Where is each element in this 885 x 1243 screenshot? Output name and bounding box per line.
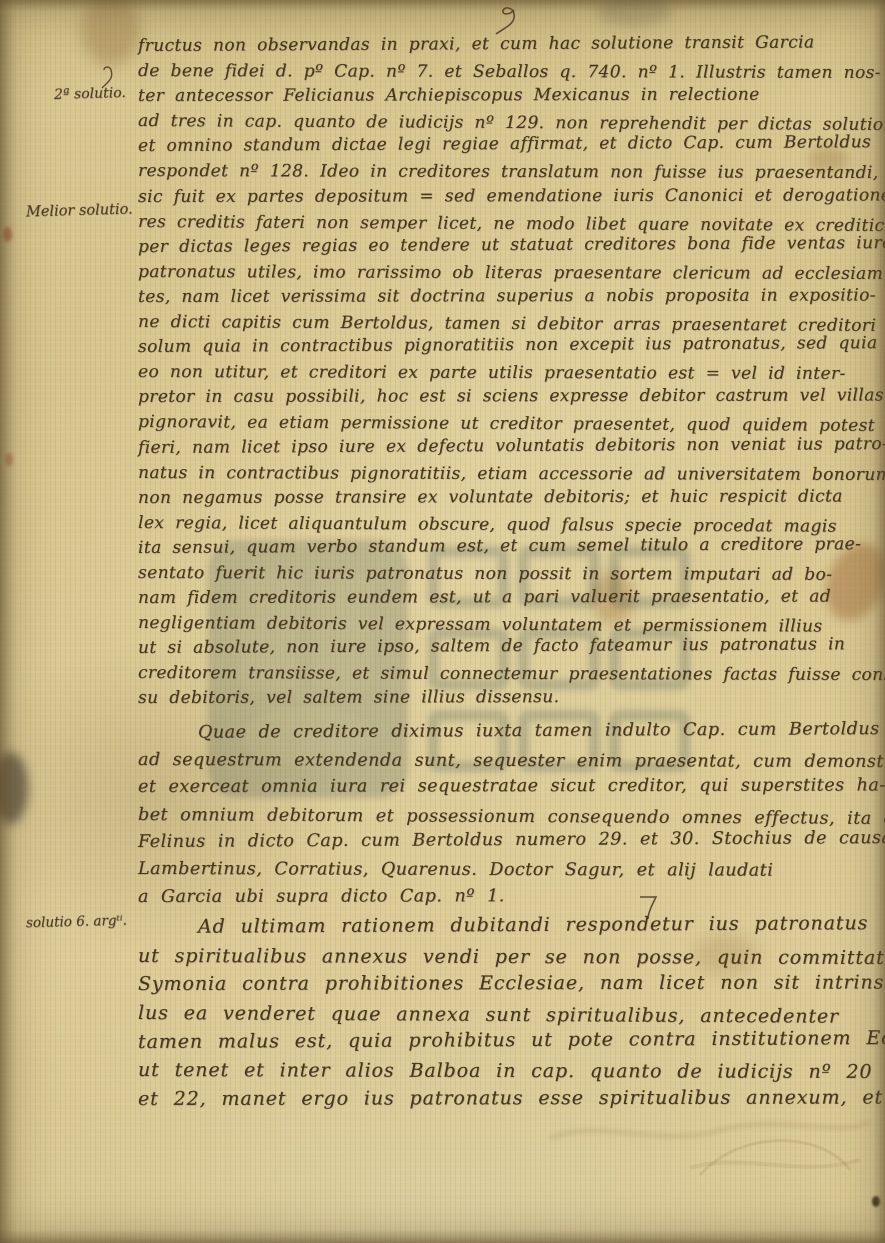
manuscript-line: per dictas leges regias eo tendere ut st… <box>138 231 880 260</box>
manuscript-line: natus in contractibus pignoratitiis, eti… <box>138 461 880 488</box>
margin-note-secunda-solutio: 2ª solutio. <box>54 85 126 103</box>
manuscript-line: et omnino standum dictae legi regiae aff… <box>138 130 880 159</box>
bleedthrough-arc <box>690 1125 860 1185</box>
manuscript-line: su debitoris, vel saltem sine illius dis… <box>138 685 880 712</box>
manuscript-line: Symonia contra prohibitiones Ecclesiae, … <box>138 969 880 999</box>
paragraph-2: Quae de creditore diximus iuxta tamen in… <box>138 720 880 912</box>
manuscript-line: Lambertinus, Corratius, Quarenus. Doctor… <box>138 856 880 885</box>
manuscript-line: et exerceat omnia iura rei sequestratae … <box>138 773 880 802</box>
manuscript-line: sic fuit ex partes depositum = sed emend… <box>138 183 880 210</box>
paragraph-1: fructus non observandas in praxi, et cum… <box>138 34 880 712</box>
manuscript-page: 2ª solutio. Melior solutio. solutio 6. a… <box>0 0 885 1243</box>
stain-top-left <box>82 0 140 66</box>
manuscript-line: Quae de creditore diximus iuxta tamen in… <box>138 716 880 747</box>
manuscript-line: a Garcia ubi supra dicto Cap. nº 1. <box>138 882 880 911</box>
manuscript-line: solum quia in contractibus pignoratitiis… <box>138 331 880 360</box>
manuscript-line: ut tenet et inter alios Balboa in cap. q… <box>138 1056 880 1087</box>
manuscript-line: ita sensui, quam verbo standum est, et c… <box>138 532 880 561</box>
manuscript-text: fructus non observandas in praxi, et cum… <box>138 34 880 1113</box>
manuscript-line: fieri, nam licet ipso iure ex defectu vo… <box>138 432 880 461</box>
manuscript-line: non negamus posse transire ex voluntate … <box>138 484 880 511</box>
manuscript-line: tamen malus est, quia prohibitus ut pote… <box>138 1024 880 1056</box>
paragraph-3: Ad ultimam rationem dubitandi respondetu… <box>138 913 880 1113</box>
smudge-left-edge <box>0 752 28 824</box>
red-mark-left-2 <box>5 453 13 466</box>
manuscript-line: nam fidem creditoris eundem est, ut a pa… <box>138 585 880 612</box>
stain-top-middle <box>596 0 672 26</box>
manuscript-line: Ad ultimam rationem dubitandi respondetu… <box>138 909 880 941</box>
manuscript-line: Felinus in dicto Cap. cum Bertoldus nume… <box>138 825 880 856</box>
manuscript-line: et 22, manet ergo ius patronatus esse sp… <box>138 1083 880 1113</box>
manuscript-line: respondet nº 128. Ideo in creditores tra… <box>138 159 880 186</box>
margin-note-melior-solutio: Melior solutio. <box>26 202 133 221</box>
manuscript-line: ut si absolute, non iure ipso, saltem de… <box>138 632 880 661</box>
red-mark-left-1 <box>3 227 12 242</box>
margin-note-solutio-6: solutio 6. argᵗⁱ. <box>26 913 127 932</box>
manuscript-line: pretor in casu possibili, hoc est si sci… <box>138 384 880 411</box>
flourish-mark-top <box>490 2 524 36</box>
manuscript-line: ter antecessor Felicianus Archiepiscopus… <box>138 83 880 110</box>
ink-speck-bottom-right <box>872 1196 880 1207</box>
bleedthrough-mark <box>540 1108 880 1188</box>
manuscript-line: fructus non observandas in praxi, et cum… <box>138 30 880 59</box>
manuscript-line: tes, nam licet verissima sit doctrina su… <box>138 283 880 310</box>
